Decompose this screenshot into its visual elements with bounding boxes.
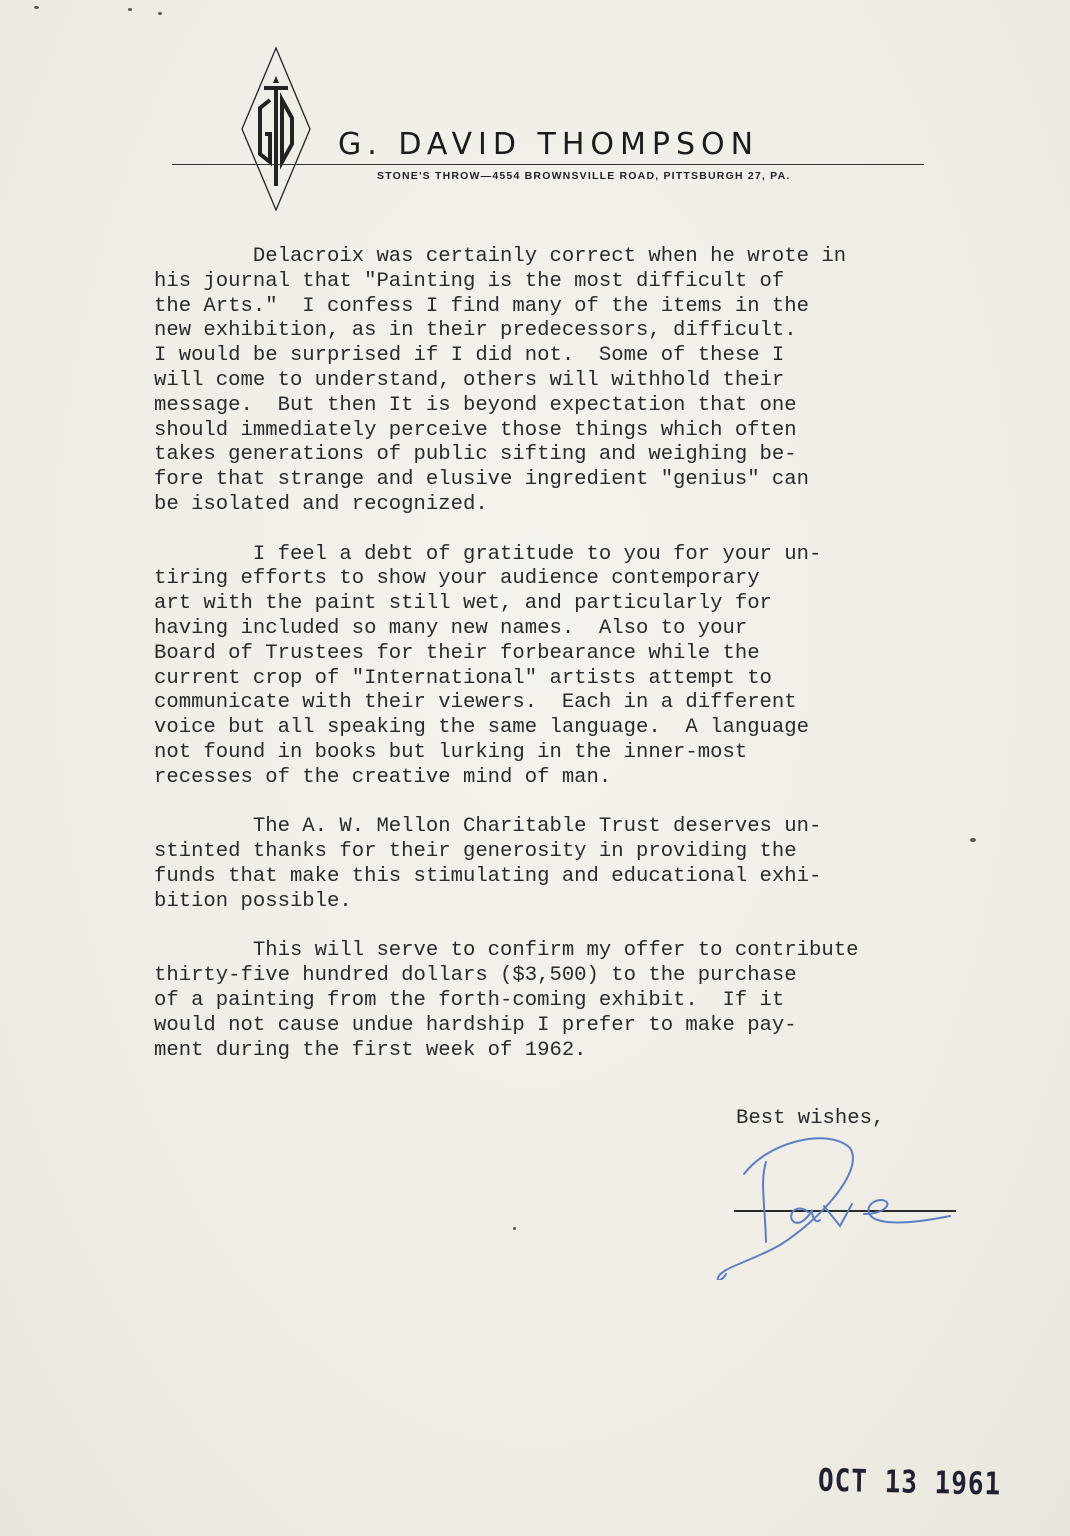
paragraph-gratitude: I feel a debt of gratitude to you for yo… [154,543,974,791]
letter-body: Delacroix was certainly correct when he … [154,245,974,1088]
received-date-stamp: OCT 13 1961 [818,1463,1002,1503]
paper-speck [34,6,39,9]
letter-page: G. DAVID THOMPSON STONE'S THROW—4554 BRO… [0,0,1070,1536]
letterhead-address: STONE'S THROW—4554 BROWNSVILLE ROAD, PIT… [377,170,790,182]
gtd-monogram-logo-icon [240,46,312,212]
signature-dave-icon [700,1120,980,1280]
paper-speck [513,1227,516,1230]
paragraph-mellon-trust: The A. W. Mellon Charitable Trust deserv… [154,815,974,914]
paragraph-contribution: This will serve to confirm my offer to c… [154,939,974,1063]
paragraph-delacroix: Delacroix was certainly correct when he … [154,245,974,518]
letterhead-name: G. DAVID THOMPSON [338,127,759,162]
paper-speck [158,12,162,15]
letterhead-rule [172,164,924,165]
paper-speck [128,8,132,11]
